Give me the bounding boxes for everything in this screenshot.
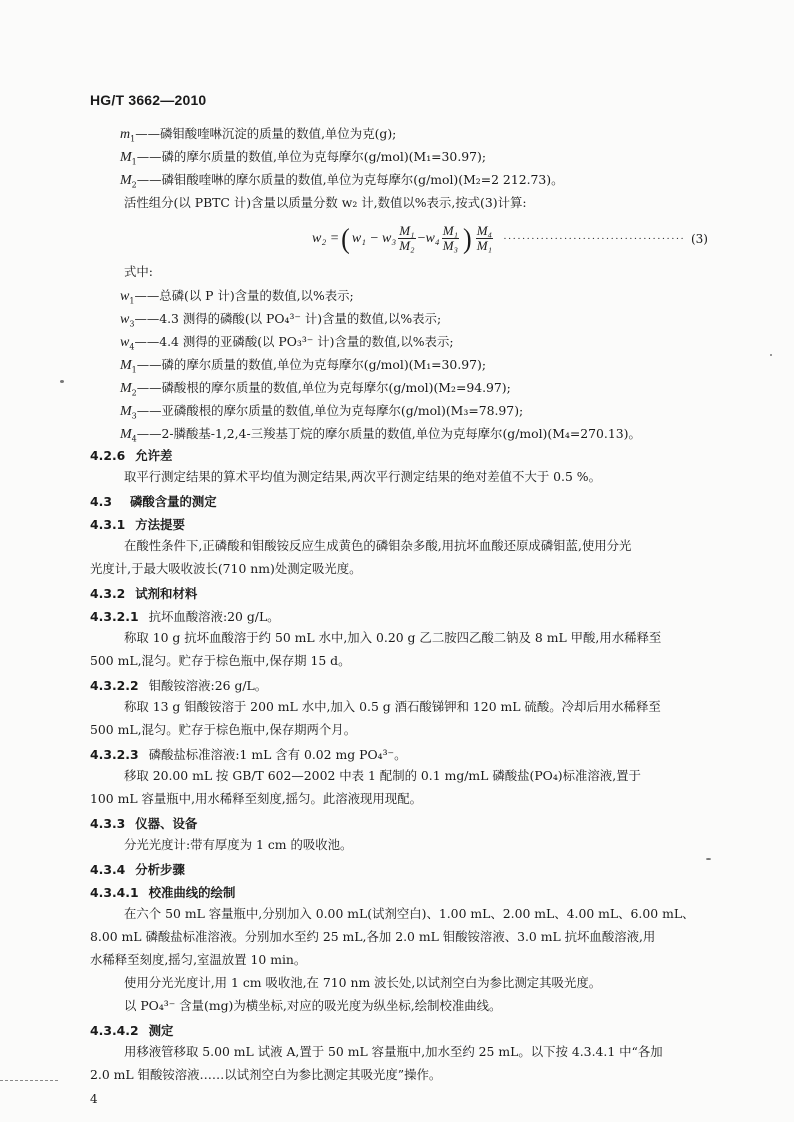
section-4-3-4-heading: 4.3.4分析步骤 [90,860,185,878]
section-4-3-2-3-heading: 4.3.2.3磷酸盐标准溶液:1 mL 含有 0.02 mg PO₄³⁻。 [90,745,406,763]
section-4-3-4-1-body-line1: 在六个 50 mL 容量瓶中,分别加入 0.00 mL(试剂空白)、1.00 m… [124,906,694,922]
section-4-3-1-heading: 4.3.1方法提要 [90,515,185,533]
section-4-3-4-1-body-line4: 使用分光光度计,用 1 cm 吸收池,在 710 nm 波长处,以试剂空白为参比… [124,975,601,991]
scan-speck [706,858,711,860]
document-page: HG/T 3662—2010 m1——磷钼酸喹啉沉淀的质量的数值,单位为克(g)… [0,0,794,1122]
section-4-3-2-1-body-line2: 500 mL,混匀。贮存于棕色瓶中,保存期 15 d。 [90,653,351,669]
definition-w4: w4——4.4 测得的亚磷酸(以 PO₃³⁻ 计)含量的数值,以%表示; [120,334,454,355]
section-4-3-4-1-heading: 4.3.4.1校准曲线的绘制 [90,883,235,901]
section-4-3-1-body-line1: 在酸性条件下,正磷酸和钼酸铵反应生成黄色的磷钼杂多酸,用抗坏血酸还原成磷钼蓝,使… [124,538,631,554]
scan-edge-mark [0,1080,58,1082]
section-4-3-4-2-body-line1: 用移液管移取 5.00 mL 试液 A,置于 50 mL 容量瓶中,加水至约 2… [124,1044,663,1060]
definition-M4-where: M4——2-膦酸基-1,2,4-三羧基丁烷的摩尔质量的数值,单位为克每摩尔(g/… [120,426,641,447]
definition-w1: w1——总磷(以 P 计)含量的数值,以%表示; [120,288,354,309]
section-4-3-2-heading: 4.3.2试剂和材料 [90,584,197,602]
equation-number: (3) [691,232,708,246]
section-4-3-2-3-body-line1: 移取 20.00 mL 按 GB/T 602—2002 中表 1 配制的 0.1… [124,768,641,784]
section-4-3-2-1-heading: 4.3.2.1抗坏血酸溶液:20 g/L。 [90,607,280,625]
section-4-3-1-body-line2: 光度计,于最大吸收波长(710 nm)处测定吸光度。 [90,561,362,577]
section-4-3-heading: 4.3磷酸含量的测定 [90,492,217,510]
section-4-3-2-3-body-line2: 100 mL 容量瓶中,用水稀释至刻度,摇匀。此溶液现用现配。 [90,791,422,807]
scan-speck [60,380,64,383]
scan-speck [770,354,772,356]
where-label: 式中: [124,264,153,280]
section-4-3-4-1-body-line3: 水稀释至刻度,摇匀,室温放置 10 min。 [90,952,306,968]
definition-M2-where: M2——磷酸根的摩尔质量的数值,单位为克每摩尔(g/mol)(M₂=94.97)… [120,380,511,401]
section-4-2-6-heading: 4.2.6允许差 [90,446,172,464]
section-4-3-3-body: 分光光度计:带有厚度为 1 cm 的吸收池。 [124,837,352,853]
section-4-3-2-1-body-line1: 称取 10 g 抗坏血酸溶于约 50 mL 水中,加入 0.20 g 乙二胺四乙… [124,630,661,646]
section-4-2-6-body: 取平行测定结果的算术平均值为测定结果,两次平行测定结果的绝对差值不大于 0.5 … [124,469,601,485]
fraction-M1-M3: M₁ M₃ [442,224,459,253]
definition-w3: w3——4.3 测得的磷酸(以 PO₄³⁻ 计)含量的数值,以%表示; [120,311,441,332]
section-4-3-2-2-body-line2: 500 mL,混匀。贮存于棕色瓶中,保存期两个月。 [90,722,356,738]
formula-intro: 活性组分(以 PBTC 计)含量以质量分数 w₂ 计,数值以%表示,按式(3)计… [124,195,527,211]
right-paren: ) [463,224,472,253]
section-4-3-4-1-body-line5: 以 PO₄³⁻ 含量(mg)为横坐标,对应的吸光度为纵坐标,绘制校准曲线。 [124,998,501,1014]
section-4-3-3-heading: 4.3.3仪器、设备 [90,814,197,832]
section-4-3-4-2-heading: 4.3.4.2测定 [90,1021,173,1039]
section-4-3-4-1-body-line2: 8.00 mL 磷酸盐标准溶液。分别加水至约 25 mL,各加 2.0 mL 钼… [90,929,655,945]
equation-3: w₂ = ( w₁ − w₃ M₁ M₂ − w₄ M₁ M₃ ) M₄ M₁ … [312,224,708,253]
definition-M3-where: M3——亚磷酸根的摩尔质量的数值,单位为克每摩尔(g/mol)(M₃=78.97… [120,403,523,424]
section-4-3-2-2-heading: 4.3.2.2钼酸铵溶液:26 g/L。 [90,676,267,694]
definition-m1: m1——磷钼酸喹啉沉淀的质量的数值,单位为克(g); [120,126,396,147]
standard-code-header: HG/T 3662—2010 [90,92,206,108]
fraction-M1-M2: M₁ M₂ [398,224,415,253]
section-4-3-4-2-body-line2: 2.0 mL 钼酸铵溶液……以试剂空白为参比测定其吸光度”操作。 [90,1067,441,1083]
dot-leader: ······································· [503,233,685,245]
fraction-M4-M1: M₄ M₁ [476,224,493,253]
definition-M1: M1——磷的摩尔质量的数值,单位为克每摩尔(g/mol)(M₁=30.97); [120,149,486,170]
definition-M2: M2——磷钼酸喹啉的摩尔质量的数值,单位为克每摩尔(g/mol)(M₂=2 21… [120,172,564,193]
definition-M1-where: M1——磷的摩尔质量的数值,单位为克每摩尔(g/mol)(M₁=30.97); [120,357,486,378]
page-number: 4 [90,1092,98,1106]
left-paren: ( [341,224,350,253]
section-4-3-2-2-body-line1: 称取 13 g 钼酸铵溶于 200 mL 水中,加入 0.5 g 酒石酸锑钾和 … [124,699,661,715]
